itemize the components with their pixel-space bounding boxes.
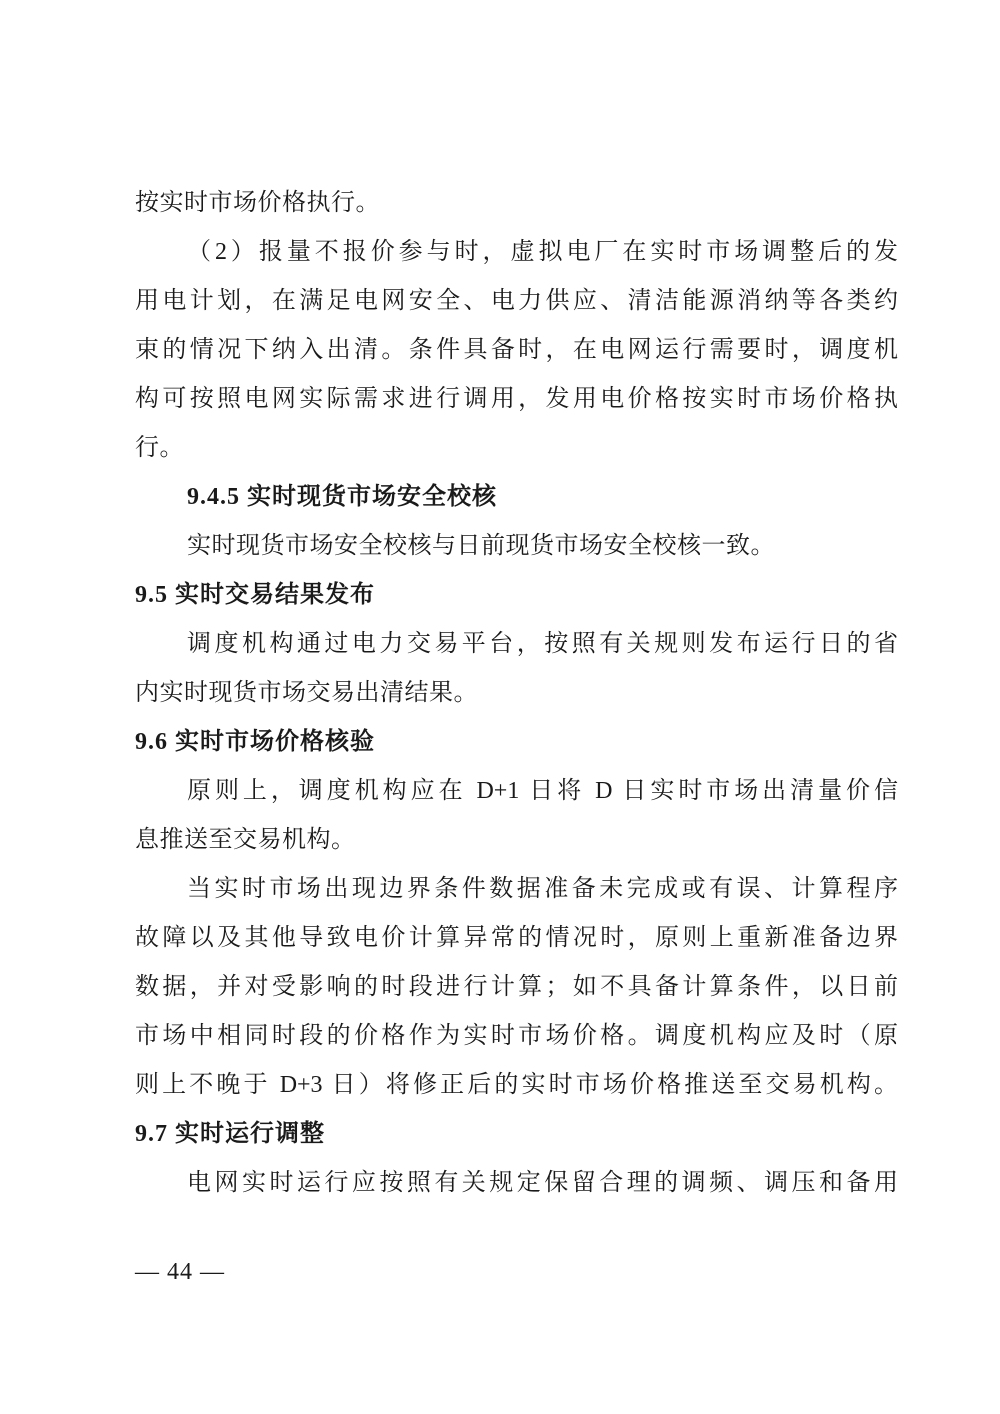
text-line: 故障以及其他导致电价计算异常的情况时，原则上重新准备边界 (135, 914, 898, 963)
text-line: 9.7 实时运行调整 (135, 1110, 898, 1159)
text-line: 当实时市场出现边界条件数据准备未完成或有误、计算程序 (135, 865, 898, 914)
text-line: 内实时现货市场交易出清结果。 (135, 669, 898, 718)
text-line: 数据，并对受影响的时段进行计算；如不具备计算条件，以日前 (135, 963, 898, 1012)
text-line: 则上不晚于 D+3 日）将修正后的实时市场价格推送至交易机构。 (135, 1061, 898, 1110)
text-line: 调度机构通过电力交易平台，按照有关规则发布运行日的省 (135, 620, 898, 669)
text-line: 9.4.5 实时现货市场安全校核 (135, 473, 898, 522)
text-line: 按实时市场价格执行。 (135, 179, 898, 228)
text-line: （2）报量不报价参与时，虚拟电厂在实时市场调整后的发 (135, 228, 898, 277)
text-line: 电网实时运行应按照有关规定保留合理的调频、调压和备用 (135, 1159, 898, 1208)
page-number: — 44 — (135, 1254, 225, 1290)
text-line: 9.5 实时交易结果发布 (135, 571, 898, 620)
text-line: 束的情况下纳入出清。条件具备时，在电网运行需要时，调度机 (135, 326, 898, 375)
text-line: 实时现货市场安全校核与日前现货市场安全校核一致。 (135, 522, 898, 571)
text-line: 市场中相同时段的价格作为实时市场价格。调度机构应及时（原 (135, 1012, 898, 1061)
text-line: 息推送至交易机构。 (135, 816, 898, 865)
text-line: 9.6 实时市场价格核验 (135, 718, 898, 767)
text-line: 构可按照电网实际需求进行调用，发用电价格按实时市场价格执 (135, 375, 898, 424)
text-line: 行。 (135, 424, 898, 473)
text-line: 用电计划，在满足电网安全、电力供应、清洁能源消纳等各类约 (135, 277, 898, 326)
text-line: 原则上，调度机构应在 D+1 日将 D 日实时市场出清量价信 (135, 767, 898, 816)
text-body: 按实时市场价格执行。（2）报量不报价参与时，虚拟电厂在实时市场调整后的发用电计划… (135, 179, 898, 1208)
document-page: 按实时市场价格执行。（2）报量不报价参与时，虚拟电厂在实时市场调整后的发用电计划… (0, 0, 1000, 1414)
